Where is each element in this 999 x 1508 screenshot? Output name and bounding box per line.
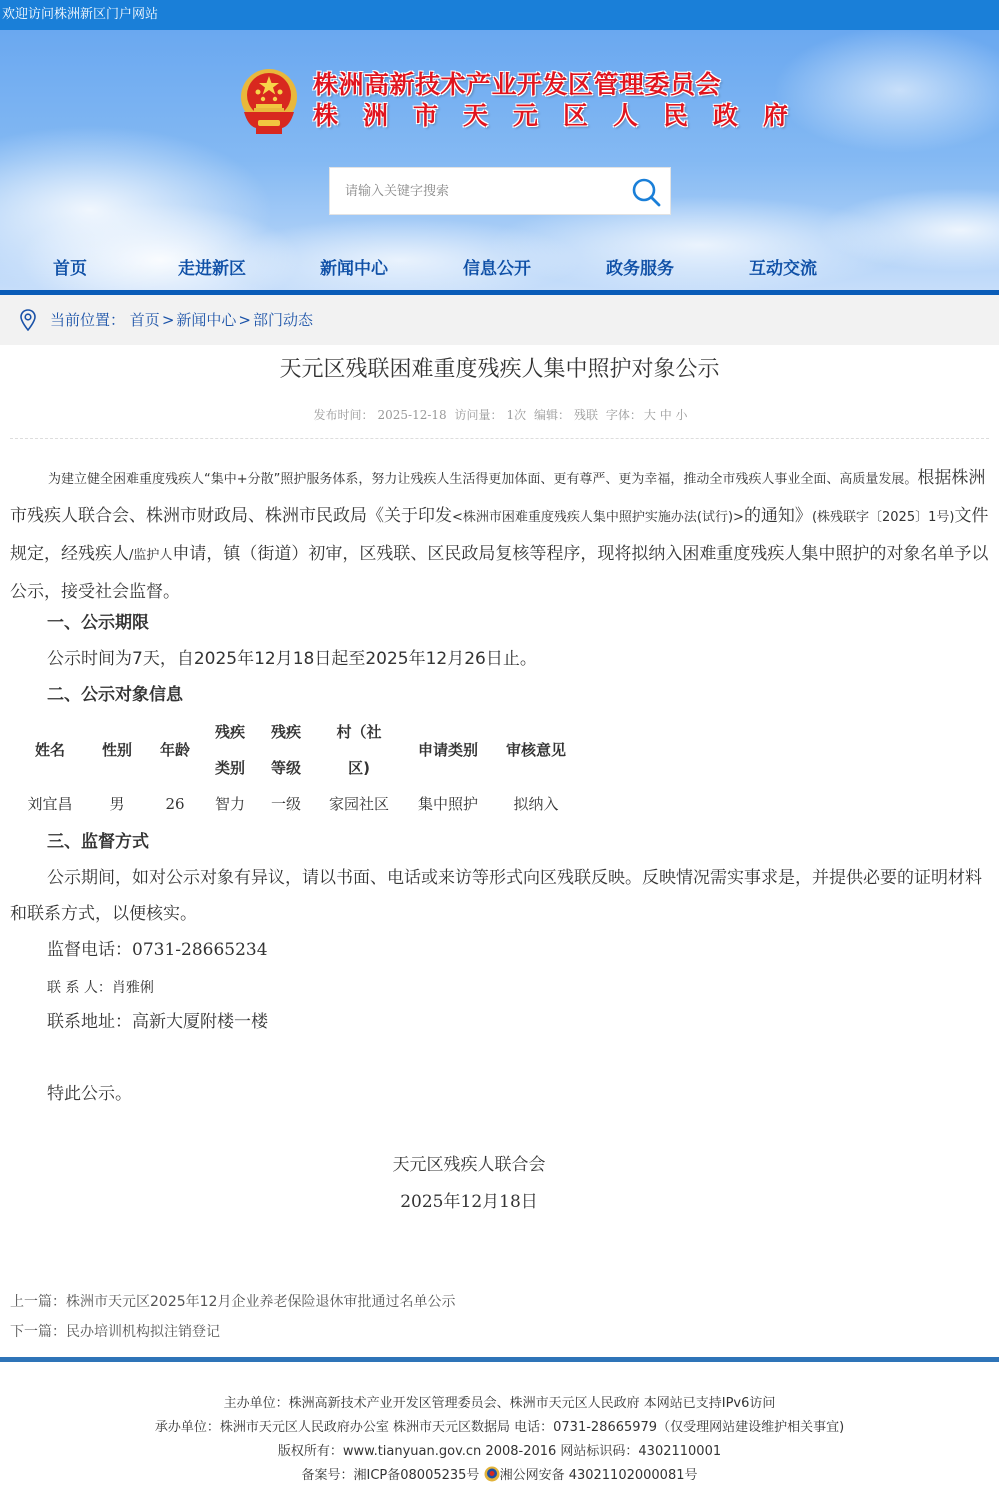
nav-item-about-district[interactable]: 走进新区 [178, 252, 246, 286]
publish-date: 2025-12-18 [377, 408, 446, 422]
address-value: 高新大厦附楼一楼 [132, 1012, 268, 1032]
location-pin-icon [20, 309, 36, 331]
cell-disability-level: 一级 [262, 786, 310, 822]
footer-record: 备案号：湘ICP备08005235号 湘公网安备 43021102000081号 [0, 1464, 999, 1488]
search-icon[interactable] [630, 176, 662, 208]
record-label: 备案号： [301, 1468, 353, 1483]
phone-label: 监督电话： [47, 940, 132, 960]
article-title: 天元区残联困难重度残疾人集中照护对象公示 [0, 352, 999, 388]
cell-application-type: 集中照护 [408, 786, 488, 822]
nav-item-gov-services[interactable]: 政务服务 [606, 252, 674, 286]
nav-item-home[interactable]: 首页 [53, 252, 87, 286]
col-gender: 性别 [82, 714, 152, 786]
footer-organizer: 承办单位：株洲市天元区人民政府办公室 株洲市天元区数据局 电话：0731-286… [0, 1416, 999, 1440]
views-label: 访问量： [454, 408, 502, 422]
site-title-line2: 株洲市天元区人民政府 [313, 100, 813, 132]
section3-text: 公示期间，如对公示对象有异议，请以书面、电话或来访等形式向区残联反映。反映情况需… [10, 860, 990, 932]
footer-divider [0, 1357, 999, 1362]
address-label: 联系地址： [47, 1012, 132, 1032]
cell-community: 家园社区 [310, 786, 408, 822]
section2-heading: 二、公示对象信息 [47, 677, 183, 713]
title-divider [10, 438, 989, 439]
phone-line: 监督电话：0731-28665234 [47, 932, 268, 968]
contact-label: 联 系 人： [47, 980, 112, 996]
cell-age: 26 [152, 786, 198, 822]
next-article-link[interactable]: 民办培训机构拟注销登记 [66, 1324, 220, 1340]
breadcrumb-prefix: 当前位置： [50, 311, 125, 329]
article-meta: 发布时间：2025-12-18 访问量：1次 编辑：残联 字体：大 中 小 [0, 405, 999, 425]
cell-gender: 男 [82, 786, 152, 822]
next-article: 下一篇：民办培训机构拟注销登记 [10, 1318, 220, 1346]
col-name: 姓名 [18, 714, 82, 786]
nav-item-interaction[interactable]: 互动交流 [749, 252, 817, 286]
font-size-large[interactable]: 大 [644, 408, 656, 422]
signature-org: 天元区残疾人联合会 [0, 1150, 938, 1180]
font-size-medium[interactable]: 中 [660, 408, 672, 422]
signature-date: 2025年12月18日 [0, 1187, 938, 1217]
national-emblem-icon [238, 68, 300, 134]
phone-number: 0731-28665234 [132, 940, 268, 960]
prev-article-link[interactable]: 株洲市天元区2025年12月企业养老保险退休审批通过名单公示 [66, 1294, 455, 1310]
subject-info-table: 姓名 性别 年龄 残疾类别 残疾等级 村（社区) 申请类别 审核意见 刘宜昌 男… [18, 714, 584, 822]
footer-sponsor: 主办单位：株洲高新技术产业开发区管理委员会、株洲市天元区人民政府 本网站已支持I… [0, 1392, 999, 1416]
nav-item-news-center[interactable]: 新闻中心 [320, 252, 388, 286]
breadcrumb-separator: > [162, 311, 175, 329]
section1-heading: 一、公示期限 [47, 605, 149, 641]
prev-label: 上一篇： [10, 1294, 66, 1310]
breadcrumb-news-center[interactable]: 新闻中心 [176, 311, 236, 329]
table-row: 刘宜昌 男 26 智力 一级 家园社区 集中照护 拟纳入 [18, 786, 584, 822]
section3-heading: 三、监督方式 [47, 824, 149, 860]
icp-link[interactable]: 湘ICP备08005235号 [354, 1468, 480, 1483]
editor-name: 残联 [574, 408, 598, 422]
cell-disability-type: 智力 [198, 786, 262, 822]
col-application-type: 申请类别 [408, 714, 488, 786]
search-box [329, 167, 671, 215]
table-header-row: 姓名 性别 年龄 残疾类别 残疾等级 村（社区) 申请类别 审核意见 [18, 714, 584, 786]
font-size-label: 字体： [606, 408, 642, 422]
police-badge-icon [484, 1466, 500, 1482]
contact-line: 联 系 人：肖雅俐 [47, 970, 154, 1006]
breadcrumb: 当前位置： 首页>新闻中心>部门动态 [0, 295, 999, 345]
col-community: 村（社区) [310, 714, 408, 786]
cell-name: 刘宜昌 [18, 786, 82, 822]
section1-text: 公示时间为7天，自2025年12月18日起至2025年12月26日止。 [47, 641, 537, 677]
publish-label: 发布时间： [313, 408, 373, 422]
closing-text: 特此公示。 [47, 1076, 132, 1112]
police-record-link[interactable]: 湘公网安备 43021102000081号 [500, 1468, 698, 1483]
breadcrumb-home[interactable]: 首页 [130, 311, 160, 329]
main-nav: 首页 走进新区 新闻中心 信息公开 政务服务 互动交流 [0, 252, 999, 286]
site-title-line1: 株洲高新技术产业开发区管理委员会 [313, 70, 813, 100]
footer-copyright: 版权所有：www.tianyuan.gov.cn 2008-2016 网站标识码… [0, 1440, 999, 1464]
site-title: 株洲高新技术产业开发区管理委员会 株洲市天元区人民政府 [313, 70, 813, 132]
next-label: 下一篇： [10, 1324, 66, 1340]
views-count: 1次 [507, 408, 527, 422]
col-age: 年龄 [152, 714, 198, 786]
font-size-small[interactable]: 小 [676, 408, 688, 422]
col-disability-level: 残疾等级 [262, 714, 310, 786]
editor-label: 编辑： [534, 408, 570, 422]
welcome-text: 欢迎访问株洲新区门户网站 [2, 7, 158, 22]
breadcrumb-separator: > [238, 311, 251, 329]
search-input[interactable] [330, 168, 620, 214]
address-line: 联系地址：高新大厦附楼一楼 [47, 1004, 268, 1040]
col-review-opinion: 审核意见 [488, 714, 584, 786]
nav-item-info-disclosure[interactable]: 信息公开 [463, 252, 531, 286]
top-welcome-bar: 欢迎访问株洲新区门户网站 [0, 0, 999, 30]
breadcrumb-department-news[interactable]: 部门动态 [253, 311, 313, 329]
header-banner: 株洲高新技术产业开发区管理委员会 株洲市天元区人民政府 首页 走进新区 新闻中心… [0, 30, 999, 292]
intro-paragraph: 为建立健全困难重度残疾人“集中+分散”照护服务体系，努力让残疾人生活得更加体面、… [10, 460, 990, 610]
cell-review-opinion: 拟纳入 [488, 786, 584, 822]
col-disability-type: 残疾类别 [198, 714, 262, 786]
prev-article: 上一篇：株洲市天元区2025年12月企业养老保险退休审批通过名单公示 [10, 1288, 455, 1316]
contact-name: 肖雅俐 [112, 980, 154, 996]
